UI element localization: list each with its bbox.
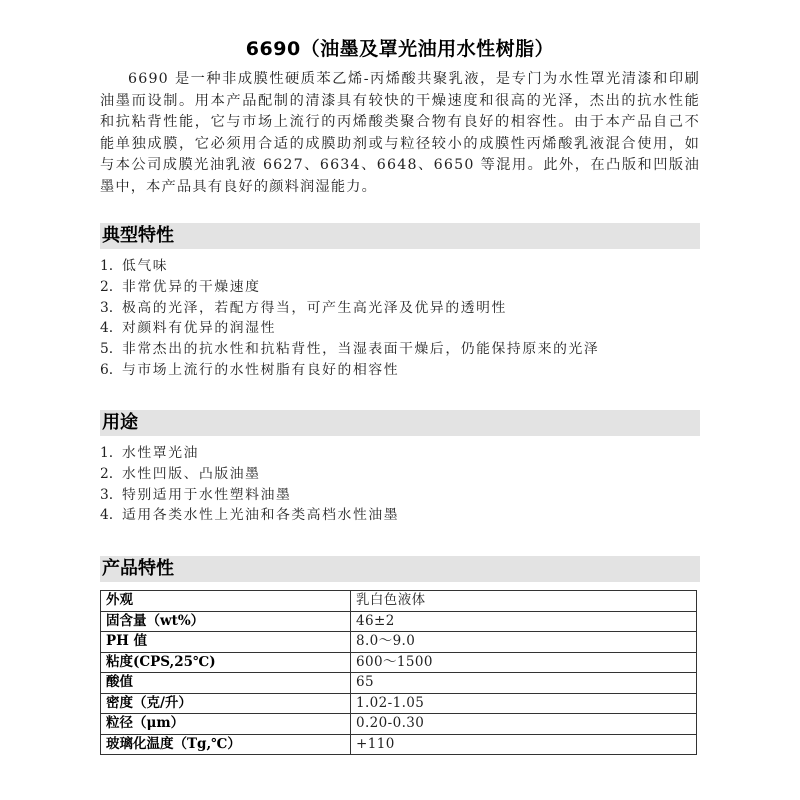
- table-row: 密度（克/升）1.02-1.05: [101, 693, 697, 714]
- section-heading: 典型特性: [102, 224, 174, 248]
- properties-table: 外观乳白色液体 固含量（wt%）46±2 PH 值8.0～9.0 粘度(CPS,…: [100, 590, 697, 755]
- property-value: 1.02-1.05: [351, 693, 697, 714]
- list-item: 2.水性凹版、凸版油墨: [100, 464, 399, 485]
- list-item: 3.特别适用于水性塑料油墨: [100, 485, 399, 506]
- property-name: 外观: [101, 591, 351, 612]
- list-item: 3.极高的光泽，若配方得当，可产生高光泽及优异的透明性: [100, 298, 599, 319]
- list-item: 6.与市场上流行的水性树脂有良好的相容性: [100, 360, 599, 381]
- features-list: 1.低气味 2.非常优异的干燥速度 3.极高的光泽，若配方得当，可产生高光泽及优…: [100, 256, 599, 381]
- property-value: 乳白色液体: [351, 591, 697, 612]
- table-row: 粘度(CPS,25℃)600～1500: [101, 652, 697, 673]
- section-header-features: 典型特性: [100, 223, 700, 249]
- section-heading: 用途: [102, 411, 138, 435]
- table-row: 酸值65: [101, 673, 697, 694]
- uses-list: 1.水性罩光油 2.水性凹版、凸版油墨 3.特别适用于水性塑料油墨 4.适用各类…: [100, 443, 399, 526]
- list-item: 1.低气味: [100, 256, 599, 277]
- list-item: 4.适用各类水性上光油和各类高档水性油墨: [100, 505, 399, 526]
- document-title: 6690（油墨及罩光油用水性树脂）: [100, 36, 700, 62]
- table-row: 外观乳白色液体: [101, 591, 697, 612]
- property-value: 600～1500: [351, 652, 697, 673]
- property-value: 8.0～9.0: [351, 632, 697, 653]
- section-header-properties: 产品特性: [100, 556, 700, 582]
- table-row: 玻璃化温度（Tg,℃）+110: [101, 734, 697, 755]
- property-value: 0.20-0.30: [351, 714, 697, 735]
- table-row: 固含量（wt%）46±2: [101, 611, 697, 632]
- property-name: 固含量（wt%）: [101, 611, 351, 632]
- section-heading: 产品特性: [102, 557, 174, 581]
- list-item: 2.非常优异的干燥速度: [100, 277, 599, 298]
- intro-paragraph: 6690 是一种非成膜性硬质苯乙烯-丙烯酸共聚乳液，是专门为水性罩光清漆和印刷油…: [100, 69, 700, 198]
- property-name: 密度（克/升）: [101, 693, 351, 714]
- property-value: 46±2: [351, 611, 697, 632]
- property-name: 玻璃化温度（Tg,℃）: [101, 734, 351, 755]
- list-item: 5.非常杰出的抗水性和抗粘背性，当湿表面干燥后，仍能保持原来的光泽: [100, 339, 599, 360]
- property-name: PH 值: [101, 632, 351, 653]
- list-item: 4.对颜料有优异的润湿性: [100, 318, 599, 339]
- table-row: PH 值8.0～9.0: [101, 632, 697, 653]
- list-item: 1.水性罩光油: [100, 443, 399, 464]
- property-value: 65: [351, 673, 697, 694]
- property-name: 粘度(CPS,25℃): [101, 652, 351, 673]
- property-name: 粒径（μm）: [101, 714, 351, 735]
- section-header-uses: 用途: [100, 410, 700, 436]
- property-value: +110: [351, 734, 697, 755]
- table-row: 粒径（μm）0.20-0.30: [101, 714, 697, 735]
- property-name: 酸值: [101, 673, 351, 694]
